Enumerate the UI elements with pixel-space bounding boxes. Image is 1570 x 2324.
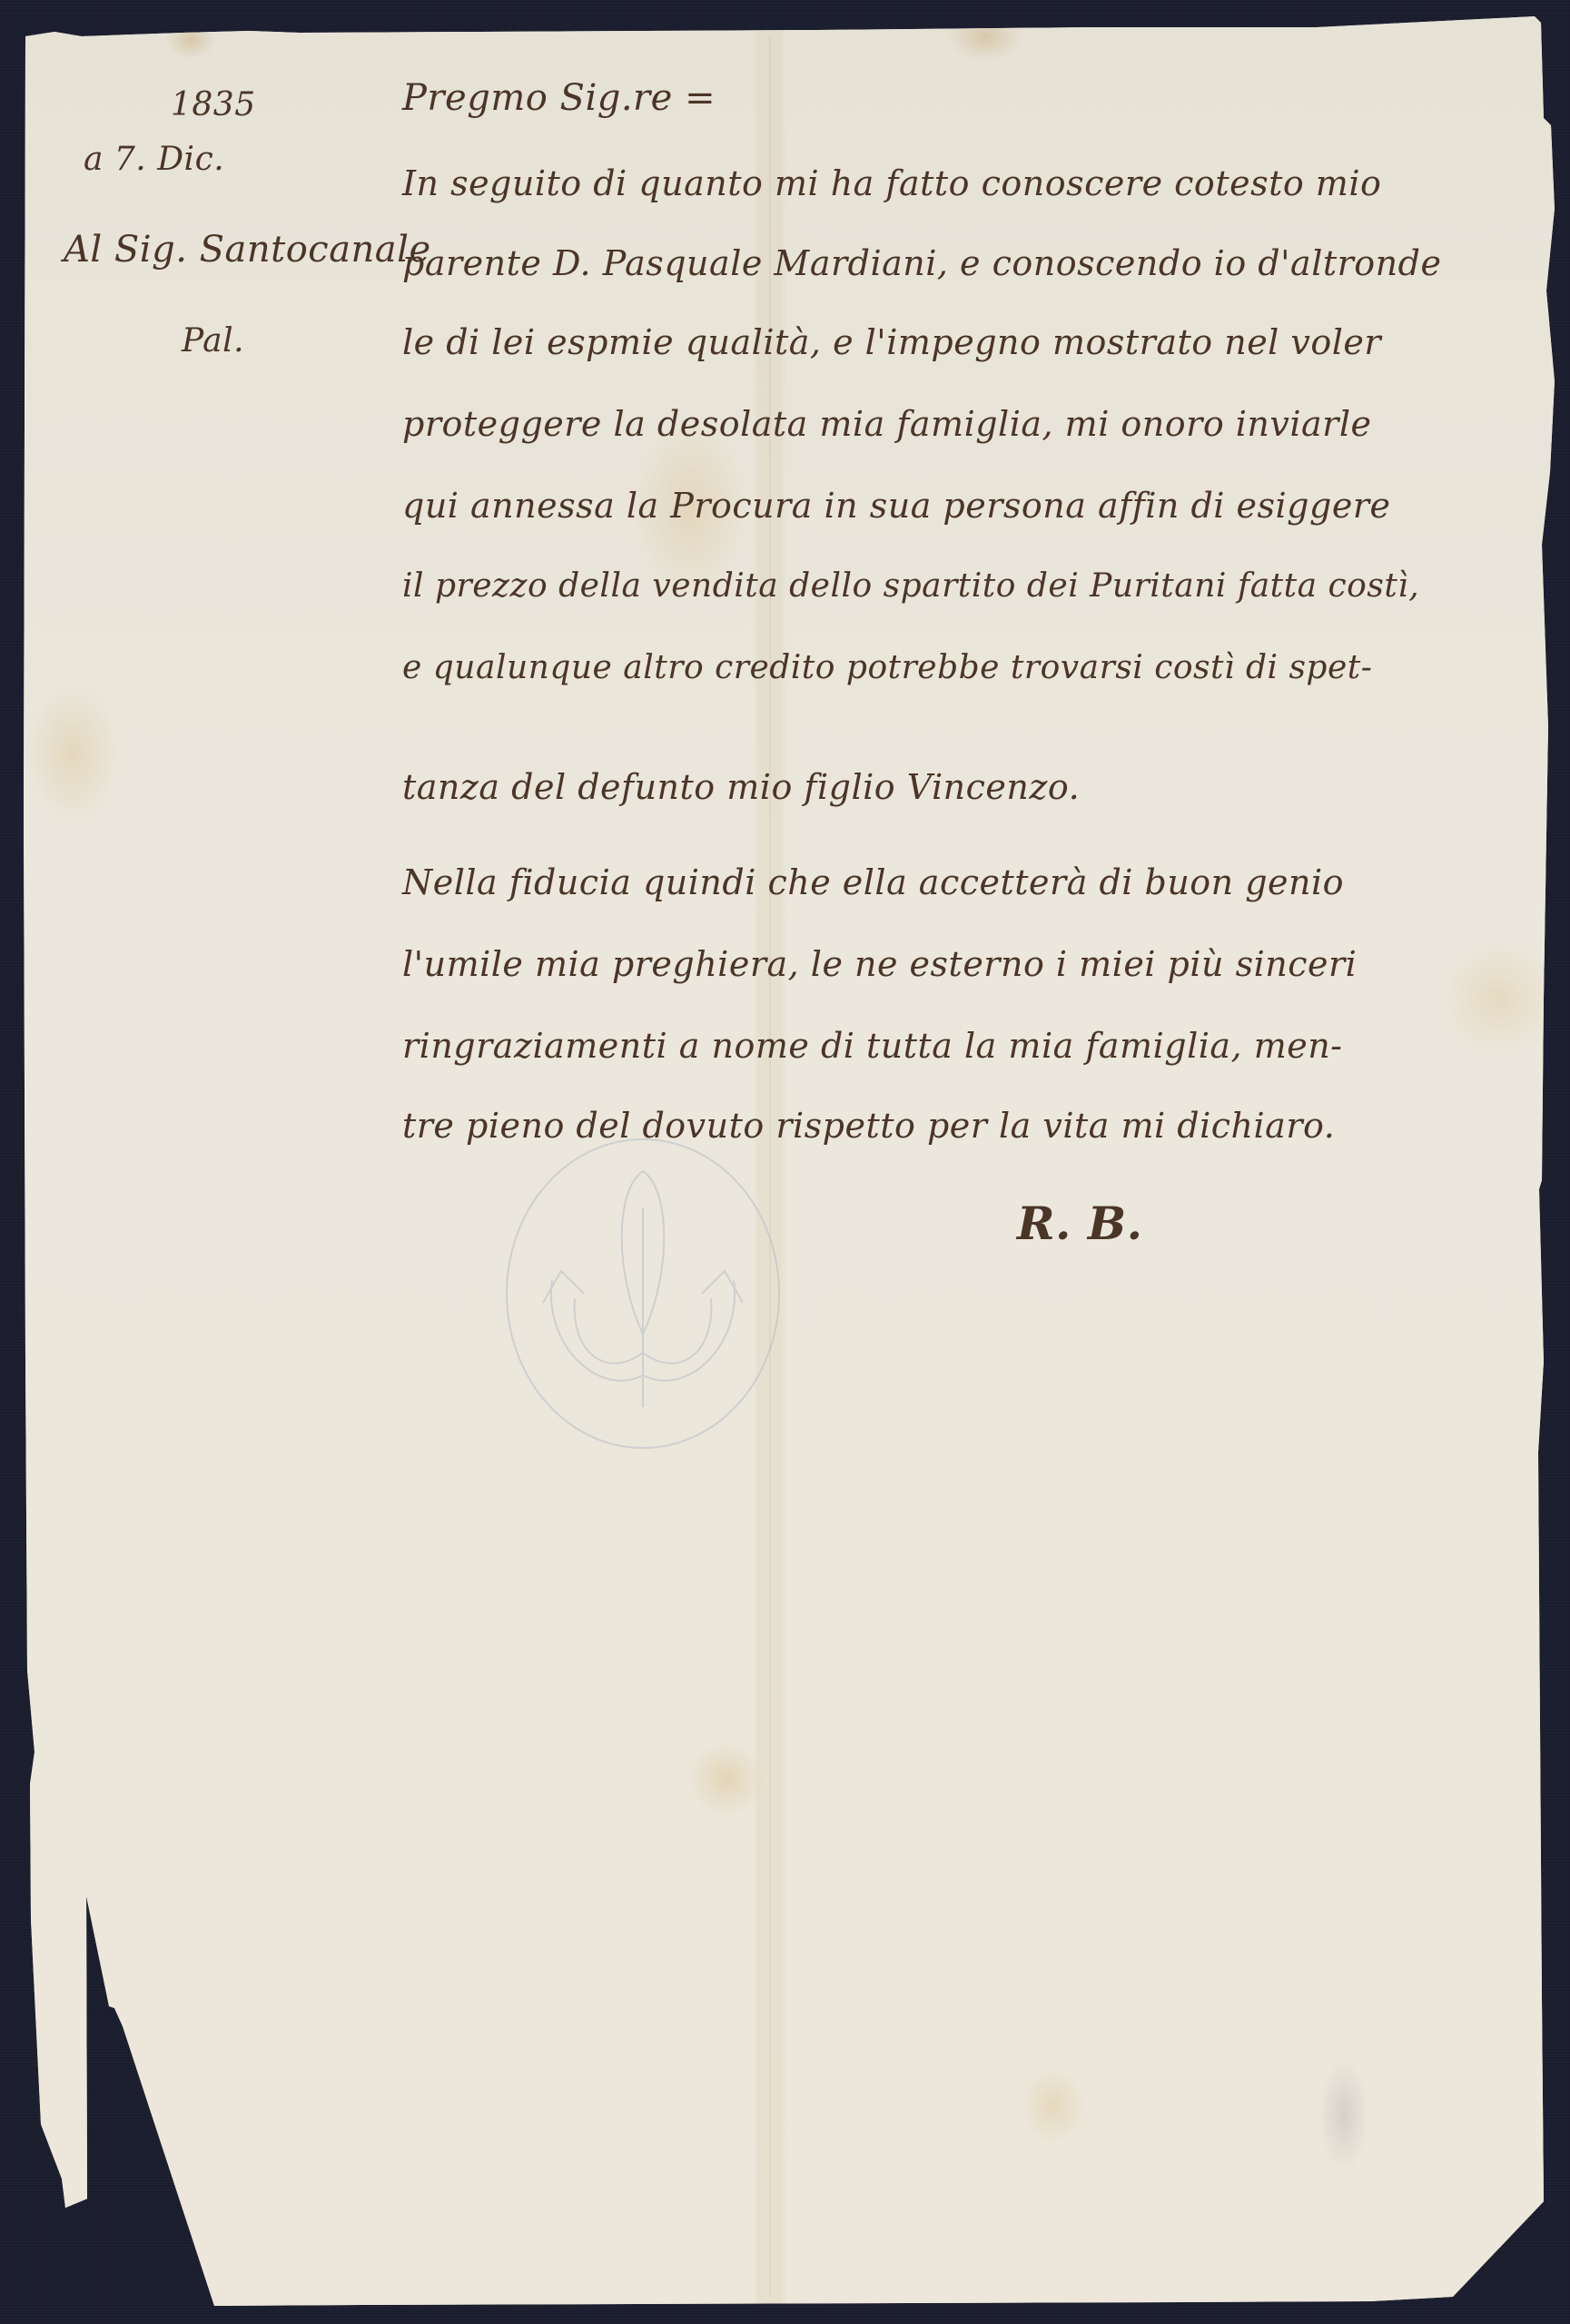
body-line-1: In seguito di quanto mi ha fatto conosce… <box>402 163 1381 203</box>
body-line-2: parente D. Pasquale Mardiani, e conoscen… <box>402 243 1441 283</box>
salutation: Pregmo Sig.re = <box>402 77 716 119</box>
body-line-10: l'umile mia preghiera, le ne esterno i m… <box>402 944 1357 984</box>
body-line-12: tre pieno del dovuto rispetto per la vit… <box>402 1106 1335 1146</box>
body-line-11: ringraziamenti a nome di tutta la mia fa… <box>402 1026 1343 1066</box>
body-line-9: Nella fiducia quindi che ella accetterà … <box>402 862 1344 902</box>
body-line-3: le di lei espmie qualità, e l'impegno mo… <box>402 322 1381 362</box>
body-line-6: il prezzo della vendita dello spartito d… <box>402 567 1419 605</box>
vertical-fold-line <box>769 36 771 2297</box>
margin-year: 1835 <box>171 86 256 123</box>
body-line-4: proteggere la desolata mia famiglia, mi … <box>402 404 1372 444</box>
body-line-5: qui annessa la Procura in sua persona af… <box>402 486 1390 526</box>
signature: R. B. <box>1017 1196 1143 1250</box>
body-line-8: tanza del defunto mio figlio Vincenzo. <box>402 767 1080 807</box>
margin-date: a 7. Dic. <box>84 141 224 178</box>
margin-addressee: Al Sig. Santocanale <box>64 229 431 271</box>
body-line-7: e qualunque altro credito potrebbe trova… <box>402 649 1372 686</box>
margin-place: Pal. <box>182 322 244 359</box>
